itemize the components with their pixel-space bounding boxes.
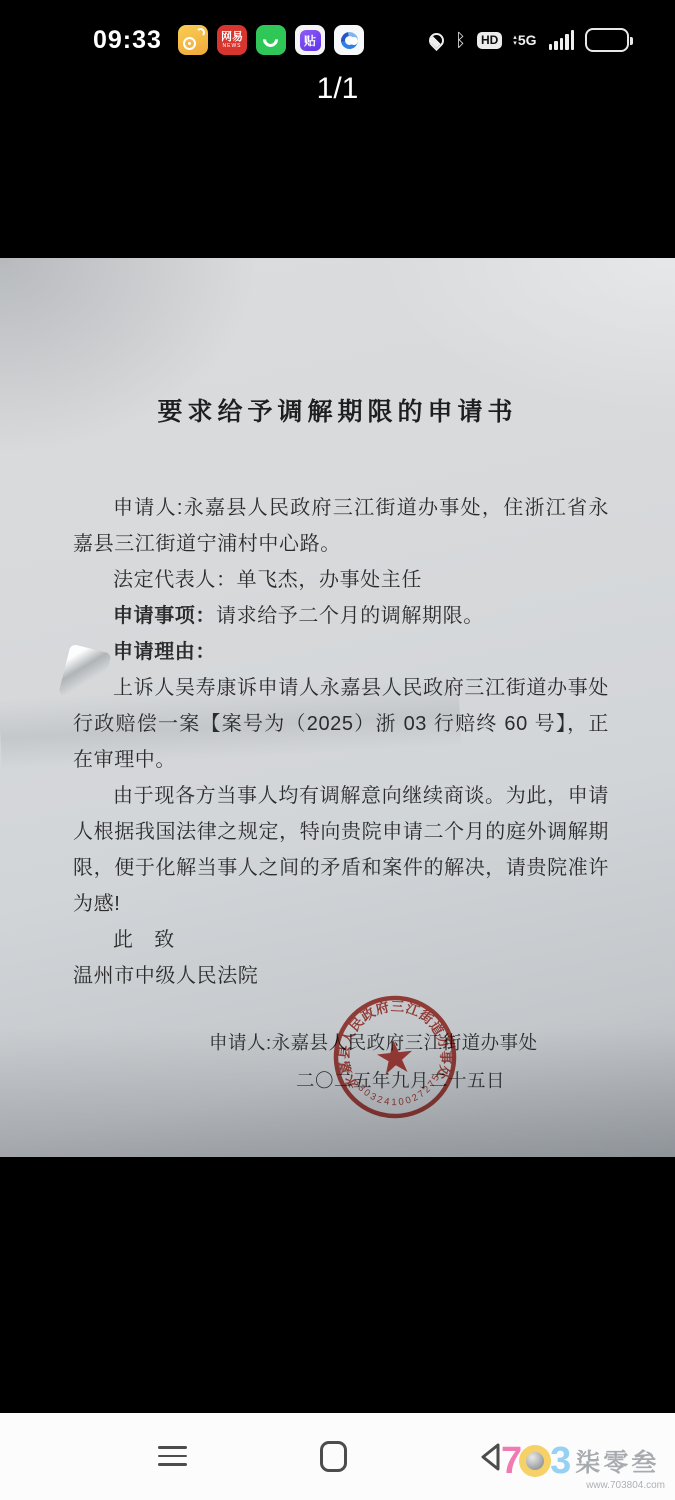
weibo-eye-glyph <box>183 37 196 50</box>
phone-call-icon <box>256 25 286 55</box>
handset-glyph <box>260 29 281 50</box>
weibo-signal-glyph <box>196 28 205 37</box>
battery-icon <box>585 28 629 52</box>
paragraph-case: 上诉人吴寿康诉申请人永嘉县人民政府三江街道办事处行政赔偿一案【案号为（2025）… <box>73 670 609 778</box>
official-seal-stamp: 永嘉县人民政府三江街道办事处 ★ 33032410027275 <box>307 969 483 1145</box>
notification-app-icons: 网易 NEWS 贴 <box>178 25 364 55</box>
home-button[interactable] <box>320 1441 347 1472</box>
netease-label: 网易 <box>221 31 243 43</box>
notification-dot-icon <box>350 37 358 45</box>
paragraph-legal-rep: 法定代表人：单飞杰，办事处主任 <box>73 562 609 598</box>
data-arrows-icon: ▴ ▾ <box>513 35 517 47</box>
status-icons: ᛒ HD ▴ ▾ 5G <box>429 24 629 56</box>
seal-star-icon: ★ <box>372 1029 418 1085</box>
water-drop-icon <box>426 29 447 50</box>
paragraph-mediation: 由于现各方当事人均有调解意向继续商谈。为此，申请人根据我国法律之规定，特向贵院申… <box>73 778 609 922</box>
clock: 09:33 <box>93 26 162 55</box>
tieba-icon: 贴 <box>295 25 325 55</box>
tieba-badge: 贴 <box>300 30 321 51</box>
watermark-logo-row: 7 3 柒零叁 <box>501 1440 671 1482</box>
netease-news-icon: 网易 NEWS <box>217 25 247 55</box>
netease-sub-label: NEWS <box>223 43 242 49</box>
paragraph-applicant: 申请人:永嘉县人民政府三江街道办事处，住浙江省永嘉县三江街道宁浦村中心路。 <box>73 490 609 562</box>
watermark-logo-7: 7 <box>501 1442 520 1480</box>
document-body: 申请人:永嘉县人民政府三江街道办事处，住浙江省永嘉县三江街道宁浦村中心路。 法定… <box>73 490 609 994</box>
watermark-logo-3: 3 <box>550 1442 571 1480</box>
document-title: 要求给予调解期限的申请书 <box>0 392 675 428</box>
bluetooth-icon: ᛒ <box>455 31 466 49</box>
paragraph-request: 申请事项：请求给予二个月的调解期限。 <box>73 598 609 634</box>
weibo-icon <box>178 25 208 55</box>
status-bar: 09:33 网易 NEWS 贴 ᛒ HD <box>0 0 675 70</box>
hd-volte-icon: HD <box>477 32 502 49</box>
navigation-bar: 7 3 柒零叁 www.703804.com <box>0 1413 675 1500</box>
watermark-url: www.703804.com <box>501 1480 671 1491</box>
phone-screen: 09:33 网易 NEWS 贴 ᛒ HD <box>0 0 675 1500</box>
watermark: 7 3 柒零叁 www.703804.com <box>501 1440 671 1498</box>
signal-bars-icon <box>549 30 575 50</box>
watermark-name: 柒零叁 <box>575 1443 659 1479</box>
paragraph-salute: 此 致 <box>73 922 609 958</box>
document-photo[interactable]: 要求给予调解期限的申请书 申请人:永嘉县人民政府三江街道办事处，住浙江省永嘉县三… <box>0 258 675 1157</box>
watermark-logo-0 <box>519 1445 551 1477</box>
network-indicator: ▴ ▾ 5G <box>513 33 536 47</box>
page-indicator: 1/1 <box>0 72 675 106</box>
paragraph-reason-heading: 申请理由： <box>73 634 609 670</box>
quark-browser-icon <box>334 25 364 55</box>
network-type-label: 5G <box>518 33 537 47</box>
menu-button[interactable] <box>158 1446 187 1466</box>
arrow-down-icon: ▾ <box>513 41 517 47</box>
